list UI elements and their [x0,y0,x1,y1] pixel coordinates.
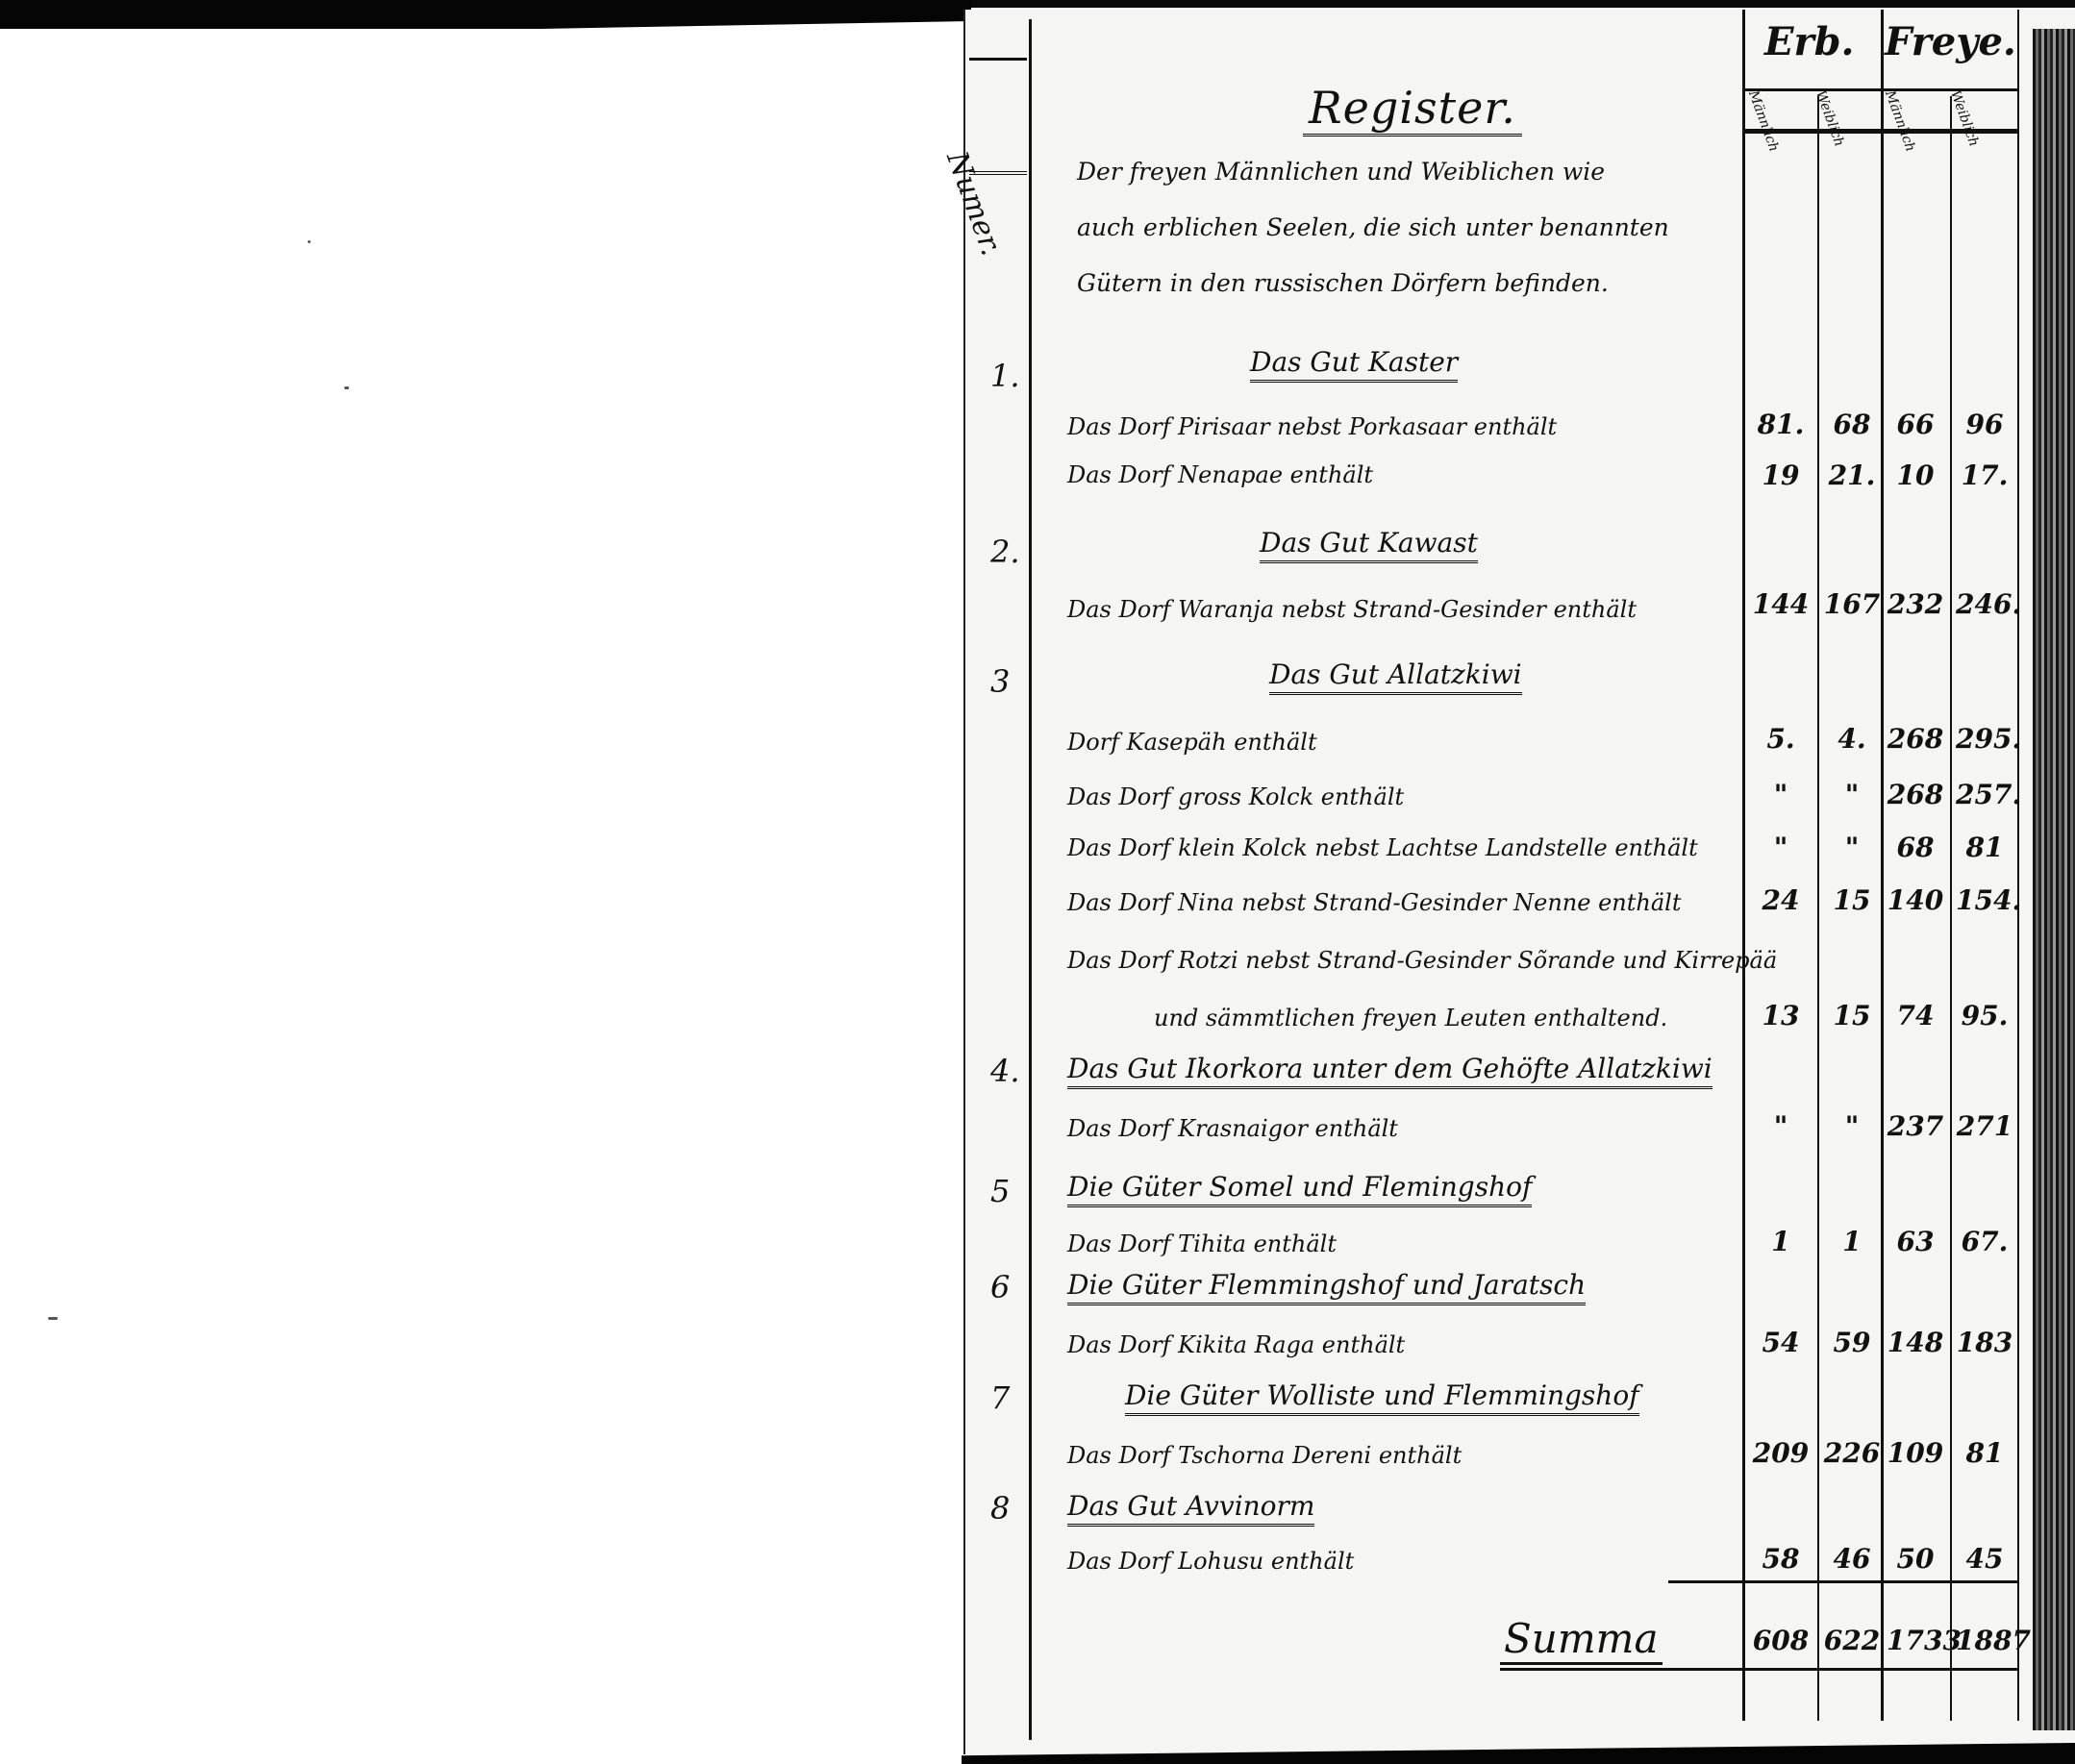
value-erb-male: 58 [1752,1543,1810,1575]
value-erb-female: " [1823,832,1881,863]
value-erb-male: 54 [1752,1327,1810,1358]
number-column-header: Numer. [969,58,1027,175]
value-free-female: 271 [1956,1110,2013,1142]
value-free-female: 96 [1956,409,2013,440]
value-erb-male: " [1752,1110,1810,1142]
village-entry: Das Dorf gross Kolck enthält [1067,783,1740,810]
total-erb-male: 608 [1752,1625,1810,1656]
speck [308,240,311,243]
value-erb-female: 15 [1823,1000,1881,1031]
intro-text: Der freyen Männlichen und Weiblichen wie… [1077,144,1740,311]
value-free-male: 109 [1887,1437,1944,1469]
total-erb-female: 622 [1823,1625,1881,1656]
value-erb-male: " [1752,779,1810,810]
value-free-male: 50 [1887,1543,1944,1575]
value-erb-female: 59 [1823,1327,1881,1358]
rule-col-5 [2017,10,2019,1721]
value-free-male: 237 [1887,1110,1944,1142]
rule-col-1 [1742,10,1745,1721]
speck [344,386,349,389]
section-number: 8 [990,1490,1010,1527]
value-erb-male: " [1752,832,1810,863]
section-number: 3 [990,663,1010,700]
rule-col-4 [1950,96,1952,1721]
value-erb-female: 21. [1823,460,1881,491]
village-entry: Das Dorf klein Kolck nebst Lachtse Lands… [1067,834,1740,861]
group-header-erb: Erb. [1764,19,1854,64]
section-number: 6 [990,1269,1010,1305]
value-free-male: 268 [1887,723,1944,755]
section-number: 5 [990,1173,1010,1209]
value-erb-male: 13 [1752,1000,1810,1031]
value-free-female: 17. [1956,460,2013,491]
value-free-male: 140 [1887,884,1944,916]
value-free-female: 81 [1956,1437,2013,1469]
total-free-female: 1887 [1956,1625,2013,1656]
value-free-male: 268 [1887,779,1944,810]
section-number: 4. [990,1053,1020,1089]
value-erb-male: 1 [1752,1226,1810,1257]
rule-sum-bottom [1500,1668,2019,1671]
estate-heading: Die Güter Flemmingshof und Jaratsch [1067,1269,1740,1301]
value-free-female: 45 [1956,1543,2013,1575]
value-free-female: 295. [1956,723,2013,755]
value-erb-male: 81. [1752,409,1810,440]
value-erb-male: 209 [1752,1437,1810,1469]
value-erb-female: 1 [1823,1226,1881,1257]
rule-sum-top [1668,1580,2019,1583]
scan-edge-top-right [971,0,2075,8]
value-erb-female: 46 [1823,1543,1881,1575]
value-erb-female: 15 [1823,884,1881,916]
value-free-male: 66 [1887,409,1944,440]
value-erb-female: 167 [1823,588,1881,620]
value-erb-female: " [1823,1110,1881,1142]
value-free-female: 81 [1956,832,2013,863]
value-erb-female: 68 [1823,409,1881,440]
village-entry: Das Dorf Pirisaar nebst Porkasaar enthäl… [1067,413,1740,440]
village-entry: Das Dorf Nenapae enthält [1067,461,1740,488]
section-number: 1. [990,358,1020,394]
rule-header-top [1742,88,2019,91]
estate-heading: Das Gut Avvinorm [1067,1490,1740,1522]
estate-heading: Das Gut Ikorkora unter dem Gehöfte Allat… [1067,1053,1740,1084]
value-free-female: 257. [1956,779,2013,810]
value-erb-male: 19 [1752,460,1810,491]
village-entry: Das Dorf Rotzi nebst Strand-Gesinder Sõr… [1067,947,1740,974]
rule-number-column [1029,19,1032,1740]
village-entry: Das Dorf Kikita Raga enthält [1067,1331,1740,1358]
estate-heading: Die Güter Somel und Flemingshof [1067,1171,1740,1203]
estate-heading: Die Güter Wolliste und Flemmingshof [1125,1379,1798,1411]
total-free-male: 1733 [1887,1625,1944,1656]
page-title: Register. [1303,82,1522,137]
village-entry: Das Dorf Krasnaigor enthält [1067,1115,1740,1142]
value-free-female: 95. [1956,1000,2013,1031]
value-erb-female: 4. [1823,723,1881,755]
village-entry: Das Dorf Waranja nebst Strand-Gesinder e… [1067,596,1740,623]
total-label: Summa [1500,1615,1662,1665]
section-number: 7 [990,1379,1010,1416]
value-erb-female: 226 [1823,1437,1881,1469]
village-entry: Das Dorf Tschorna Dereni enthält [1067,1442,1740,1469]
value-free-male: 232 [1887,588,1944,620]
value-free-female: 154. [1956,884,2013,916]
village-entry: Dorf Kasepäh enthält [1067,729,1740,756]
estate-heading: Das Gut Allatzkiwi [1269,658,1942,690]
value-free-male: 10 [1887,460,1944,491]
value-free-male: 68 [1887,832,1944,863]
speck [48,1317,58,1320]
value-erb-male: 144 [1752,588,1810,620]
value-free-female: 246. [1956,588,2013,620]
rule-col-2 [1817,96,1819,1721]
village-entry: Das Dorf Nina nebst Strand-Gesinder Nenn… [1067,889,1740,916]
value-erb-female: " [1823,779,1881,810]
village-entry-continued: und sämmtlichen freyen Leuten enthaltend… [1154,1005,1827,1031]
value-erb-male: 5. [1752,723,1810,755]
book-page-edges [2033,29,2075,1730]
village-entry: Das Dorf Tihita enthält [1067,1230,1740,1257]
rule-col-3 [1881,10,1884,1721]
estate-heading: Das Gut Kawast [1260,527,1933,559]
value-free-female: 67. [1956,1226,2013,1257]
group-header-freye: Freye. [1885,19,2016,64]
value-free-male: 63 [1887,1226,1944,1257]
value-free-male: 74 [1887,1000,1944,1031]
section-number: 2. [990,534,1020,570]
value-free-female: 183 [1956,1327,2013,1358]
left-page-blank [0,29,962,1764]
value-free-male: 148 [1887,1327,1944,1358]
village-entry: Das Dorf Lohusu enthält [1067,1548,1740,1575]
value-erb-male: 24 [1752,884,1810,916]
estate-heading: Das Gut Kaster [1250,346,1923,378]
